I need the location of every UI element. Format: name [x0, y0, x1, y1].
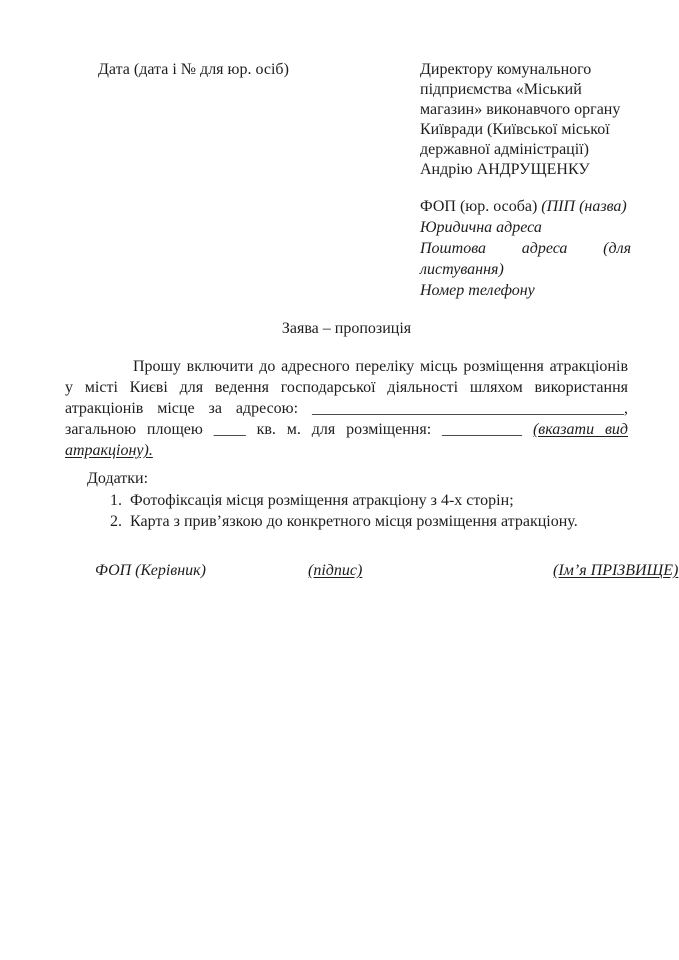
paragraph-line: загальною площею ____ кв. м. для розміще…	[65, 419, 628, 440]
paragraph-line: атракціонів місце за адресою: __________…	[65, 398, 628, 419]
area-and-placement-text: загальною площею ____ кв. м. для розміще…	[65, 421, 522, 438]
attachment-number: 1.	[110, 490, 130, 511]
paragraph-line: у місті Києві для ведення господарської …	[65, 377, 628, 398]
date-line: Дата (дата і № для юр. осіб)	[98, 60, 289, 80]
attachment-item: 1.Фотофіксація місця розміщення атракціо…	[110, 490, 578, 511]
addressee-line: підприємства «Міський	[420, 80, 638, 100]
addressee-line: Директору комунального	[420, 60, 638, 80]
applicant-fop-label: ФОП (юр. особа)	[420, 198, 537, 215]
addressee-line: магазин» виконавчого органу	[420, 100, 638, 120]
signature-role: ФОП (Керівник)	[95, 561, 206, 581]
address-label: атракціонів місце за адресою:	[65, 400, 298, 417]
attachment-item: 2.Карта з прив’язкою до конкретного місц…	[110, 511, 578, 532]
document-title: Заява – пропозиція	[65, 319, 628, 339]
signature-name-hint: (Ім’я ПРІЗВИЩЕ)	[553, 561, 678, 581]
signature-sign-hint: (підпис)	[308, 561, 362, 581]
attachments-list: 1.Фотофіксація місця розміщення атракціо…	[110, 490, 578, 532]
applicant-legal-address: Юридична адреса	[420, 217, 631, 238]
attraction-type-hint: (вказати вид	[533, 421, 628, 438]
paragraph-line: атракціону).	[65, 440, 628, 461]
applicant-phone: Номер телефону	[420, 280, 631, 301]
attachment-text: Фотофіксація місця розміщення атракціону…	[130, 492, 514, 509]
applicant-block: ФОП (юр. особа) (ПІП (назва) Юридична ад…	[420, 196, 631, 301]
attachment-text: Карта з прив’язкою до конкретного місця …	[130, 513, 578, 530]
attachment-number: 2.	[110, 511, 130, 532]
body-paragraph: Прошу включити до адресного переліку міс…	[65, 356, 628, 461]
paragraph-line: Прошу включити до адресного переліку міс…	[65, 356, 628, 377]
applicant-postal-address: Поштова адреса (для	[420, 238, 631, 259]
attachments-label: Додатки:	[87, 469, 148, 489]
document-page: Дата (дата і № для юр. осіб) Директору к…	[0, 0, 679, 960]
applicant-postal-address-cont: листування)	[420, 259, 631, 280]
addressee-line: Андрію АНДРУЩЕНКУ	[420, 160, 638, 180]
address-blank-line: _______________________________________,	[312, 400, 628, 417]
applicant-name-hint: (ПІП (назва)	[541, 198, 626, 215]
addressee-block: Директору комунального підприємства «Міс…	[420, 60, 638, 180]
attraction-type-hint-cont: атракціону).	[65, 442, 153, 459]
applicant-line: ФОП (юр. особа) (ПІП (назва)	[420, 196, 631, 217]
addressee-line: Київради (Київської міської	[420, 120, 638, 140]
addressee-line: державної адміністрації)	[420, 140, 638, 160]
